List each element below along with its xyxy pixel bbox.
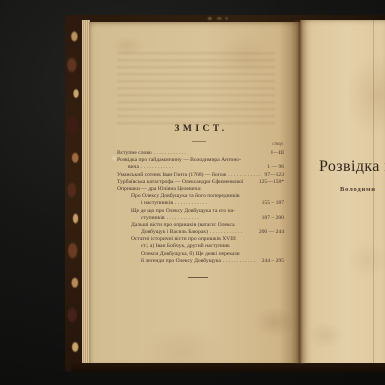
toc-page-range: 97—123 bbox=[264, 172, 284, 179]
chapter-title-partial: Розвідка пр bbox=[319, 158, 385, 176]
chapter-author-partial: Володими bbox=[340, 186, 376, 193]
toc-row: ступників 187 – 200 bbox=[117, 215, 284, 222]
toc-row: і наступників 155 – 187 bbox=[117, 200, 284, 207]
toc-entry-text: Турбаївська катастрофа — Олександри Єфим… bbox=[117, 179, 243, 186]
photo-background: ЗМІСТ. стор. Вступне слово I—III Розвідк… bbox=[0, 0, 385, 385]
dot-leader bbox=[208, 229, 259, 236]
show-through-text bbox=[117, 52, 275, 126]
toc-list: Вступне слово I—III Розвідка про гайдама… bbox=[117, 150, 284, 265]
dot-leader bbox=[139, 164, 267, 171]
open-book: ЗМІСТ. стор. Вступне слово I—III Розвідк… bbox=[65, 15, 385, 372]
toc-entry-text: й легенди про Олексу Довбущука bbox=[141, 258, 221, 265]
toc-row: Розвідка про гайдамаччину — Володимира А… bbox=[117, 157, 284, 164]
toc-row: Турбаївська катастрофа — Олександри Єфим… bbox=[117, 179, 284, 186]
top-edge-stain bbox=[205, 16, 229, 21]
toc-entry-text: Дальші вісти про опришків (ватаги: Олекс… bbox=[131, 222, 235, 229]
book-bottom-edge bbox=[71, 363, 385, 372]
toc-row: ст.; а) Іван Бойчук, другий наступник bbox=[117, 243, 284, 250]
section-divider bbox=[188, 277, 208, 278]
dot-leader bbox=[226, 172, 264, 179]
dot-leader bbox=[221, 258, 262, 265]
contents-title: ЗМІСТ. bbox=[117, 124, 285, 134]
toc-row: Про Олексу Довбущука та його попередникі… bbox=[117, 193, 284, 200]
marbled-cover-edge bbox=[65, 15, 82, 372]
toc-entry-text: вича bbox=[128, 164, 139, 171]
toc-entry-text: Олекси Довбущука, б) Ще деякі перекази bbox=[141, 251, 240, 258]
toc-entry-text: ст.; а) Іван Бойчук, другий наступник bbox=[141, 243, 230, 250]
toc-row: Довбущук і Василь Баюрак) 200 — 244 bbox=[117, 229, 284, 236]
toc-entry-text: і наступників bbox=[141, 200, 173, 207]
gutter-shadow bbox=[291, 20, 307, 364]
toc-page-range: 244 – 295 bbox=[262, 258, 284, 265]
left-page: ЗМІСТ. стор. Вступне слово I—III Розвідк… bbox=[89, 22, 300, 363]
toc-entry-text: Уманський сотник Іван Гонта (1768) — йог… bbox=[117, 172, 226, 179]
toc-row: вича 1 — 96 bbox=[117, 164, 284, 171]
toc-entry-text: Про Олексу Довбущука та його попередникі… bbox=[131, 193, 240, 200]
page-column-header: стор. bbox=[117, 142, 284, 147]
toc-page-range: I—III bbox=[271, 150, 284, 157]
toc-entry-text: Ще де що про Олексу Довбущука та єго на- bbox=[131, 208, 235, 215]
toc-page-range: 200 — 244 bbox=[259, 229, 284, 236]
toc-page-range: 1 — 96 bbox=[267, 164, 284, 171]
toc-row: й легенди про Олексу Довбущука 244 – 295 bbox=[117, 258, 284, 265]
toc-row: Олекси Довбущука, б) Ще деякі перекази bbox=[117, 251, 284, 258]
toc-row: Уманський сотник Іван Гонта (1768) — йог… bbox=[117, 172, 284, 179]
toc-entry-text: Довбущук і Василь Баюрак) bbox=[141, 229, 208, 236]
toc-page-range: 155 – 187 bbox=[262, 200, 284, 207]
toc-page-range: 125—158* bbox=[259, 179, 284, 186]
dot-leader bbox=[173, 200, 262, 207]
toc-entry-text: ступників bbox=[141, 215, 165, 222]
toc-row: Дальші вісти про опришків (ватаги: Олекс… bbox=[117, 222, 284, 229]
right-page: Розвідка пр Володими bbox=[300, 20, 385, 363]
toc-entry-text: Розвідка про гайдамаччину — Володимира А… bbox=[117, 157, 241, 164]
dot-leader bbox=[165, 215, 262, 222]
toc-row: Ще де що про Олексу Довбущука та єго на- bbox=[117, 208, 284, 215]
toc-page-range: 187 – 200 bbox=[262, 215, 284, 222]
